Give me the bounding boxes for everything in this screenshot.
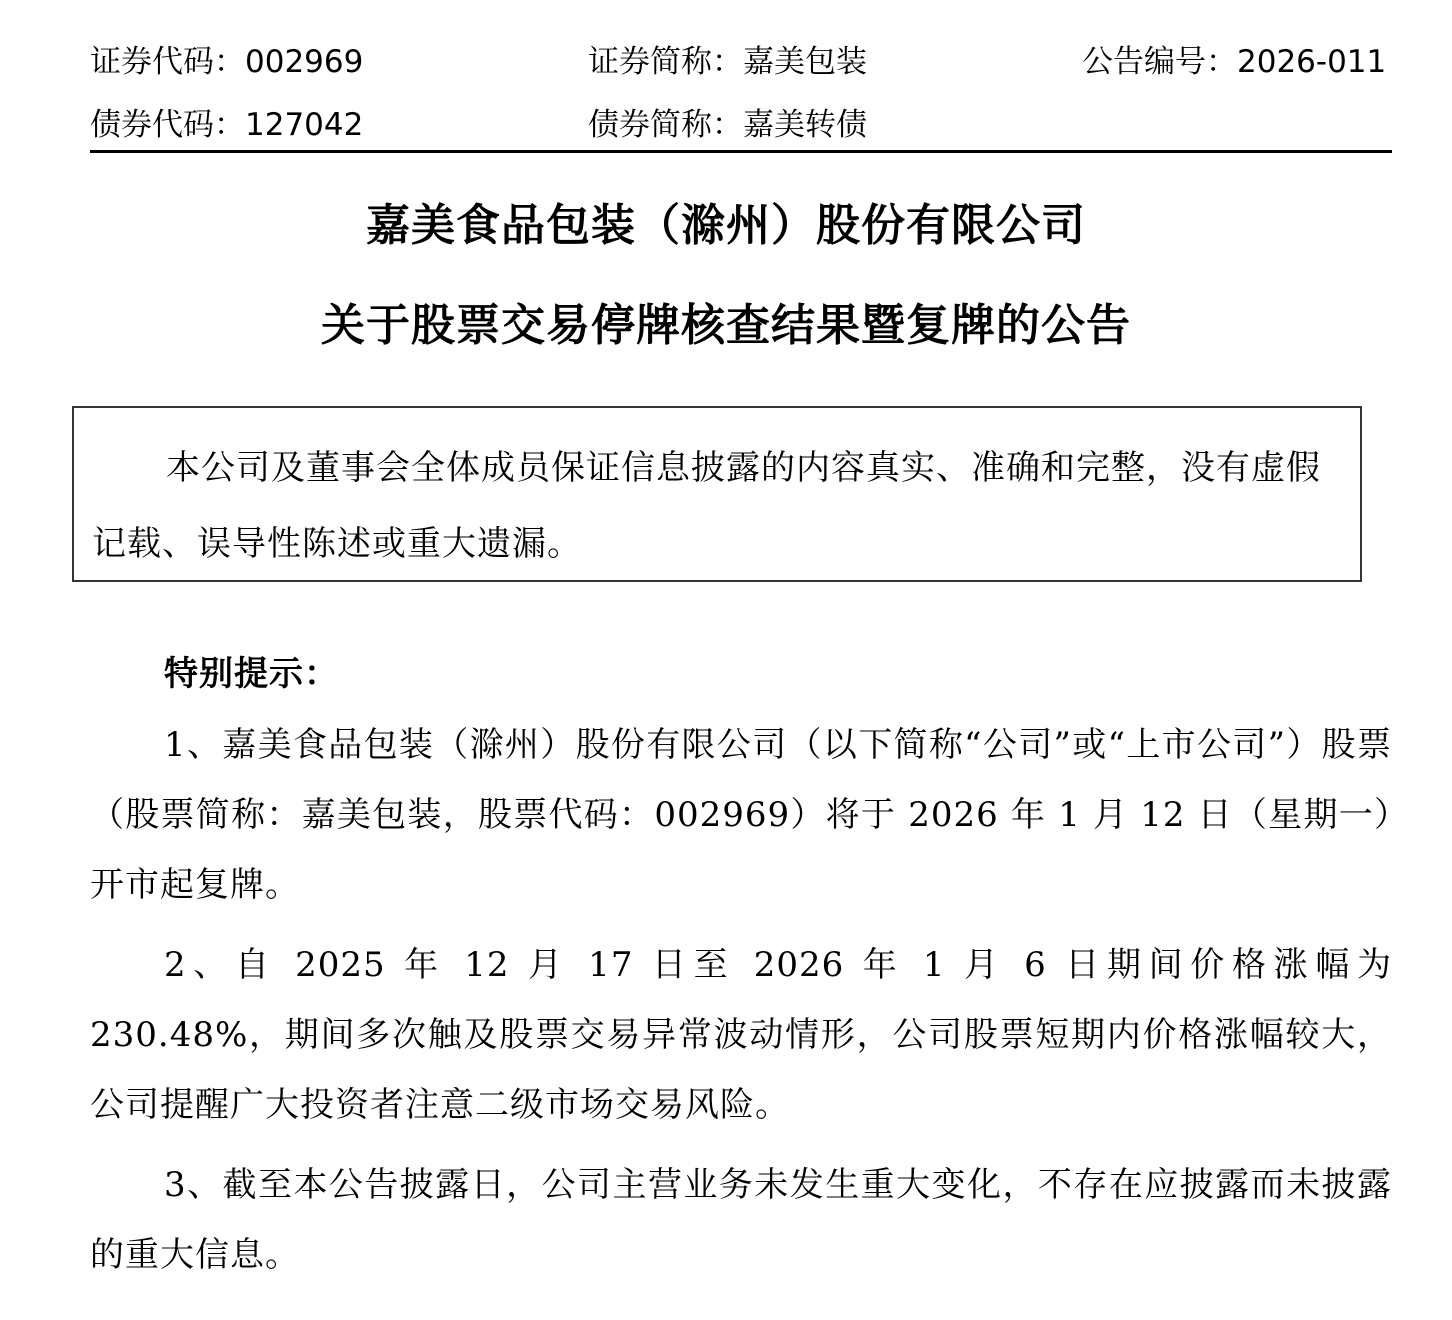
bond-code: 债券代码：127042	[90, 105, 363, 145]
special-notes-heading: 特别提示：	[164, 644, 339, 704]
special-note-item-3: 3、截至本公告披露日，公司主营业务未发生重大变化，不存在应披露而未披露的重大信息…	[90, 1150, 1392, 1290]
disclaimer-box: 本公司及董事会全体成员保证信息披露的内容真实、准确和完整，没有虚假记载、误导性陈…	[72, 406, 1362, 582]
special-note-item-2: 2、自 2025 年 12 月 17 日至 2026 年 1 月 6 日期间价格…	[90, 930, 1392, 1140]
stock-code: 证券代码：002969	[90, 42, 363, 82]
bond-short-name: 债券简称：嘉美转债	[588, 105, 867, 145]
special-note-item-1: 1、嘉美食品包装（滁州）股份有限公司（以下简称“公司”或“上市公司”）股票（股票…	[90, 710, 1392, 920]
header-divider	[90, 150, 1392, 153]
announcement-number: 公告编号：2026-011	[1082, 42, 1386, 82]
stock-short-name: 证券简称：嘉美包装	[588, 42, 867, 82]
announcement-title: 关于股票交易停牌核查结果暨复牌的公告	[0, 296, 1452, 356]
company-title: 嘉美食品包装（滁州）股份有限公司	[0, 196, 1452, 256]
disclaimer-text: 本公司及董事会全体成员保证信息披露的内容真实、准确和完整，没有虚假记载、误导性陈…	[92, 430, 1344, 582]
